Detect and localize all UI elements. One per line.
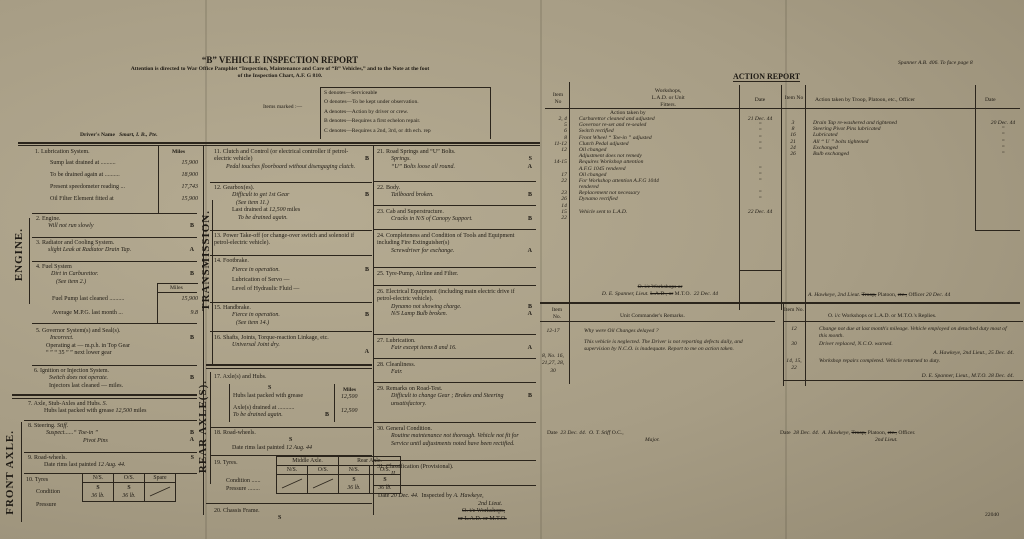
right-item-remark: N/S Lamp Bulb broken.A — [377, 311, 532, 318]
item-clutch: 11. Clutch and Control (or electrical co… — [214, 149, 371, 171]
troop-date-header: Date — [985, 97, 996, 104]
axle-hubs-mark: S. — [103, 401, 108, 407]
reply-row: A. Hawkeye, 2nd Lieut., 25 Dec. 44. — [783, 350, 1023, 357]
commander-rank: Major. — [547, 437, 660, 444]
reply-row-item: 12 — [783, 326, 805, 340]
tyres-col-header: Spare — [145, 474, 176, 483]
right-item-remark: II. — [377, 471, 532, 478]
driver-label: Driver's Name — [80, 132, 115, 138]
workshop-row-date — [740, 215, 780, 221]
lubrication-row-value: 18,900 — [168, 172, 198, 180]
item-governor: 5. Governor System(s) and Seal(s). Incor… — [36, 328, 196, 358]
divider — [373, 485, 536, 486]
gearbox-mark: B — [365, 192, 369, 199]
handbrake-mark: B — [365, 312, 369, 319]
item-axles-hubs: 17. Axle(s) and Hubs. — [214, 374, 371, 381]
legend-item: B denotes—Requires a first echelon repai… — [324, 118, 431, 125]
tyres-cell — [308, 475, 339, 494]
item-handbrake: 15. Handbrake. Fierce in operation. (See… — [214, 305, 371, 327]
workshop-signature: O. i/c Workshops or D. E. Spanner, Lieut… — [580, 284, 740, 298]
struck-workshops: O. i/c Workshops, — [378, 508, 538, 516]
commander-item-header: Item No. — [548, 307, 566, 321]
driver-name-label: Driver's Name Smart, I. B., Pte. — [80, 132, 158, 139]
tyres-col-header: O/S. — [114, 474, 145, 483]
replies-date-label: Date — [780, 430, 791, 436]
gearbox-value: 12,500 — [269, 207, 286, 213]
item-steering: 8. Steering. Stiff. Suspect......“ Toe-i… — [28, 423, 196, 445]
commander-signature: Date 23 Dec. 44. O. T. Stiff O.C., Major… — [547, 430, 660, 444]
commander-row: 8, No. 16, 21,27, 28, 30This vehicle is … — [540, 339, 775, 375]
replies-struck-2: etc., — [888, 430, 897, 436]
lubrication-heading: 1. Lubrication System. — [35, 149, 195, 156]
tyre-condition: S — [341, 476, 367, 484]
reply-row: D. E. Spanner, Lieut., M.T.O. 28 Dec. 44… — [783, 373, 1023, 380]
workshop-row: 22 — [540, 215, 780, 221]
tyres-cell — [277, 475, 308, 494]
remark-mark: A — [522, 345, 532, 352]
steering-remark: Stiff. — [57, 423, 68, 429]
lubrication-row-label: Oil Filter Element fitted at — [50, 196, 114, 204]
fuel-heading: 4. Fuel System — [36, 264, 196, 271]
footbrake-mark: B — [365, 267, 369, 274]
engine-heading: 2. Engine. — [36, 216, 196, 223]
troop-row-action: Bulb exchanged — [805, 151, 983, 157]
divider — [373, 382, 536, 383]
axles-hubs-value-1: 12,500 — [341, 394, 358, 402]
troop-action-header: Action taken by Troop, Platoon, etc., Of… — [815, 97, 915, 104]
lubrication-row-value: 15,900 — [168, 160, 198, 168]
workshop-struck-2: L.A.D., or — [650, 291, 673, 297]
right-item-remark: Screwdriver for exchange.A — [377, 248, 532, 255]
ignition-mark: B — [190, 375, 194, 382]
reply-row-text: Workshop repairs completed. Vehicle retu… — [805, 358, 1014, 372]
right-item-remark: Routine maintenance not thorough. Vehicl… — [377, 433, 532, 448]
tyres-table: N/S.O/S.SpareS36 lb.S36 lb. — [82, 473, 176, 502]
lubrication-section: 1. Lubrication System. — [35, 149, 195, 156]
form-number: 22040 — [985, 512, 999, 519]
divider — [373, 422, 536, 423]
road-wheels-value: 12 Aug. 44. — [98, 462, 126, 468]
axles-hubs-heading: 17. Axle(s) and Hubs. — [214, 374, 371, 381]
replies-signer: A. Hawkeye, — [822, 430, 850, 436]
reply-rows: 12Change not due at last month's mileage… — [783, 326, 1023, 381]
troop-item-header: Item No — [784, 95, 804, 102]
remark-text: Difficult to change Gear ; Brakes and St… — [391, 393, 522, 408]
lubrication-row: Present speedometer reading ...17,743 — [50, 184, 198, 192]
radiator-mark: A — [190, 247, 194, 254]
inspection-date-label: Date — [378, 493, 389, 499]
remark-mark: A — [522, 164, 532, 171]
right-item-heading: 31. Classification (Provisional). — [377, 464, 532, 471]
right-item: 31. Classification (Provisional).II. — [377, 464, 532, 479]
road-wheels-line: Date rims last painted — [44, 462, 97, 468]
chassis-mark: S — [214, 515, 371, 522]
commander-row-item: 12-17 — [540, 328, 566, 335]
reply-row-text: Change not due at last month's mileage. … — [805, 326, 1014, 340]
axles-hubs-grease-line: Hubs last packed with grease — [233, 393, 303, 401]
shafts-remark: Universal Joint dry. — [214, 342, 371, 349]
axles-hubs-remark: To be drained again. — [233, 412, 283, 420]
struck-lad-mto: or L.A.D. or M.T.O. — [378, 516, 538, 524]
remark-text: Routine maintenance not thorough. Vehicl… — [391, 433, 522, 448]
lubrication-rows: Sump last drained at ..........15,900To … — [50, 160, 198, 208]
workshop-signer: D. E. Spanner, Lieut. — [602, 291, 649, 297]
reply-row-item — [783, 373, 805, 380]
right-item: 27. Lubrication.Fair except items 8 and … — [377, 338, 532, 353]
tyre-pressure: 36 lb. — [341, 484, 367, 492]
right-item-remark: Fair except items 8 and 16.A — [377, 345, 532, 352]
reply-row-item: 14, 15, 22 — [783, 358, 805, 372]
right-item-remark: Difficult to change Gear ; Brakes and St… — [377, 393, 532, 408]
item-pto: 13. Power Take-off (or change-over switc… — [214, 233, 369, 248]
fuel-row-label: Average M.P.G. last month ... — [52, 310, 123, 318]
fuel-row: Average M.P.G. last month ...9.8 — [52, 310, 198, 318]
replies-tail: Officer. — [898, 430, 915, 436]
right-item: 22. Body.Tailboard broken.B — [377, 185, 532, 200]
items-marked-label: Items marked :— — [263, 104, 302, 111]
item-engine: 2. Engine. Will not run slowly B — [36, 216, 196, 231]
replies-struck: Troop, — [851, 430, 866, 436]
right-item-heading: 27. Lubrication. — [377, 338, 532, 345]
axle-hubs-heading: 7. Axle, Stub-Axles and Hubs. — [28, 401, 101, 407]
axle-hubs-unit: miles — [133, 408, 146, 414]
steering-heading: 8. Steering. — [28, 423, 56, 429]
lubrication-row: Oil Filter Element fitted at15,900 — [50, 196, 198, 204]
axle-hubs-line: Hubs last packed with grease — [44, 408, 114, 414]
tyre-condition: S — [116, 484, 142, 492]
reply-row-text: D. E. Spanner, Lieut., M.T.O. 28 Dec. 44… — [805, 373, 1014, 380]
attention-text-2: of the Inspection Chart, A.F. G 810. — [160, 73, 400, 80]
divider — [373, 460, 536, 461]
remark-mark — [522, 369, 532, 376]
remark-text: N/S Lamp Bulb broken. — [391, 311, 522, 318]
commander-row-text: Why were Oil Changes delayed ? — [566, 328, 764, 335]
item-shafts: 16. Shafts, Joints, Torque-reaction Link… — [214, 335, 371, 350]
remark-mark — [522, 433, 532, 448]
right-item: 24. Completeness and Condition of Tools … — [377, 233, 532, 255]
remark-mark: A — [522, 248, 532, 255]
commander-row: 12-17Why were Oil Changes delayed ? — [540, 328, 775, 335]
road-wheels-rear-value: 12 Aug. 44 — [286, 445, 312, 451]
remark-text: II. — [391, 471, 522, 478]
lubrication-row-value: 17,743 — [168, 184, 198, 192]
tyre-pressure: 36 lb. — [85, 492, 111, 500]
clutch-remark: Pedal touches floorboard without disenga… — [214, 164, 371, 171]
gearbox-unit: miles — [287, 207, 300, 213]
engine-mark: B — [190, 223, 194, 230]
gearbox-remark-2: (See item 11.) — [214, 200, 371, 207]
troop-mid: Platoon, — [878, 292, 897, 298]
right-item-remark: Cracks in N/S of Canopy Support.B — [377, 216, 532, 223]
axles-hubs-mark-2: B — [325, 412, 329, 420]
item-road-wheels-rear: 18. Road-wheels. S Date rims last painte… — [214, 430, 371, 452]
front-tyres-grid: N/S.O/S.SpareS36 lb.S36 lb. — [82, 473, 176, 502]
fuel-row: Fuel Pump last cleaned ..........15,900 — [52, 296, 198, 304]
lubrication-row: Sump last drained at ..........15,900 — [50, 160, 198, 168]
troop-struck-2: etc., — [898, 292, 907, 298]
remark-mark: B — [522, 393, 532, 408]
fuel-row-value: 15,900 — [166, 296, 198, 304]
reply-row-text: A. Hawkeye, 2nd Lieut., 25 Dec. 44. — [805, 350, 1014, 357]
troop-struck: Troop, — [862, 292, 877, 298]
road-wheels-rear-heading: 18. Road-wheels. — [214, 430, 371, 437]
right-item-remark: Dynamo not showing charge.B — [377, 304, 532, 311]
tyres-col-header: N/S. — [339, 466, 370, 475]
fuel-row-label: Fuel Pump last cleaned .......... — [52, 296, 124, 304]
clutch-heading: 11. Clutch and Control (or electrical co… — [214, 149, 371, 164]
workshop-item-header: Item No — [549, 92, 567, 106]
reply-row-item: 30 — [783, 341, 805, 348]
ignition-heading: 6. Ignition or Injection System. — [34, 368, 196, 375]
inspector-name: A. Hawkeye, — [454, 493, 484, 499]
fuel-mark: B — [190, 271, 194, 278]
handbrake-remark-2: (See item 14.) — [214, 320, 371, 327]
item-gearbox: 12. Gearbox(es). Difficult to get 1st Ge… — [214, 185, 371, 222]
legend-item: S denotes—Serviceable — [324, 90, 431, 97]
remark-mark: B — [522, 216, 532, 223]
replies-rank: 2nd Lieut. — [780, 437, 915, 444]
right-item-heading: 24. Completeness and Condition of Tools … — [377, 233, 532, 248]
blank-slash — [148, 484, 172, 498]
fuel-rows: Fuel Pump last cleaned ..........15,900A… — [52, 296, 198, 323]
lubrication-row: To be drained again at ..........18,900 — [50, 172, 198, 180]
replies-item-header: Item No. — [784, 307, 804, 314]
ignition-remark: Switch does not operate. — [34, 375, 196, 382]
clutch-mark: B — [365, 156, 369, 163]
remark-text: Screwdriver for exchange. — [391, 248, 522, 255]
right-item: 23. Cab and Superstructure.Cracks in N/S… — [377, 209, 532, 224]
item-axle-hubs: 7. Axle, Stub-Axles and Hubs. S. Hubs la… — [28, 401, 198, 416]
tyres-col-header: O/S. — [308, 466, 339, 475]
remark-mark: A — [522, 311, 532, 318]
road-wheels-mark: S — [191, 455, 194, 462]
workshop-date-header: Date — [745, 97, 775, 104]
shafts-heading: 16. Shafts, Joints, Torque-reaction Link… — [214, 335, 371, 342]
workshop-tail: M.T.O. — [675, 291, 691, 297]
commander-role: O.C., — [612, 430, 624, 436]
remark-text: Cracks in N/S of Canopy Support. — [391, 216, 522, 223]
lubrication-row-label: Present speedometer reading ... — [50, 184, 125, 192]
right-item: 29. Remarks on Road-Test.Difficult to ch… — [377, 386, 532, 408]
reply-row-item — [783, 350, 805, 357]
paper-fold — [540, 0, 542, 539]
right-item-heading: 26. Electrical Equipment (including main… — [377, 289, 532, 304]
divider — [373, 267, 536, 268]
axles-hubs-mark: S — [268, 385, 271, 393]
right-item: 21. Road Springs and “U” Bolts.Springs.S… — [377, 149, 532, 171]
item-radiator: 3. Radiator and Cooling System. slight L… — [36, 240, 196, 255]
item-chassis: 20. Chassis Frame. S — [214, 508, 371, 523]
remark-text: Tailboard broken. — [391, 192, 522, 199]
action-report-title: ACTION REPORT — [733, 72, 800, 82]
reply-row: 12Change not due at last month's mileage… — [783, 326, 1023, 340]
lubrication-row-label: To be drained again at .......... — [50, 172, 120, 180]
lubrication-row-value: 15,900 — [168, 196, 198, 204]
remark-text: Springs. — [391, 156, 522, 163]
divider — [373, 229, 536, 230]
legend-item: O denotes—To be kept under observation. — [324, 99, 431, 106]
steering-pivot-pins: Pivot Pins — [28, 438, 196, 445]
commander-date: 23 Dec. 44. — [560, 430, 586, 436]
engine-remark: Will not run slowly — [36, 223, 196, 230]
right-item-remark: Fair. — [377, 369, 532, 376]
remark-mark — [522, 471, 532, 478]
front-axle-label: FRONT AXLE. — [4, 430, 16, 515]
miles-label: Miles — [172, 149, 185, 156]
remark-text: “U” Bolts loose all round. — [391, 164, 522, 171]
divider — [373, 358, 536, 359]
transmission-label: TRANSMISSION. — [200, 210, 212, 311]
replies-date: 28 Dec. 44. — [793, 430, 819, 436]
axles-hubs-value-2: 12,500 — [341, 408, 358, 416]
replies-header: O. i/c Workshops or L.A.D. or M.T.O.'s R… — [828, 313, 936, 320]
radiator-remark: slight Leak at Radiator Drain Tap. — [36, 247, 196, 254]
right-item-remark: Springs.S — [377, 156, 532, 163]
troop-row-date: ” — [983, 151, 1023, 157]
gearbox-line: Last drained at — [232, 207, 268, 213]
lubrication-row-label: Sump last drained at .......... — [50, 160, 116, 168]
divider — [373, 181, 536, 182]
remark-mark: B — [522, 192, 532, 199]
reply-row: 30Driver replaced, N.C.O. warned. — [783, 341, 1023, 348]
footbrake-servo: Lubrication of Servo — — [214, 277, 371, 284]
workshop-rows: 2, 4Carburettor cleaned and adjusted21 D… — [540, 116, 780, 221]
right-item-remark: Tailboard broken.B — [377, 192, 532, 199]
troop-signature: A. Hawkeye, 2nd Lieut. Troop, Platoon, e… — [808, 292, 950, 299]
workshop-row-item: 22 — [540, 215, 579, 221]
reply-row-text: Driver replaced, N.C.O. warned. — [805, 341, 1014, 348]
tyres-cell — [145, 483, 176, 502]
chassis-heading: 20. Chassis Frame. — [214, 508, 371, 515]
remark-mark: S — [522, 156, 532, 163]
commander-signer: O. T. Stiff — [589, 430, 610, 436]
workshop-action-suffix: Workshops, L.A.D. or Unit Fitters. — [647, 88, 689, 110]
gearbox-remark-3: To be drained again. — [214, 215, 371, 222]
right-item: 25. Tyre-Pump, Airline and Filter. — [377, 271, 532, 278]
troop-sign-date: 20 Dec. 44 — [926, 292, 950, 298]
right-item: 30. General Condition.Routine maintenanc… — [377, 426, 532, 448]
tyres-cell: S36 lb. — [339, 475, 370, 494]
driver-name: Smart, I. B., Pte. — [119, 132, 158, 138]
troop-row-item: 26 — [781, 151, 805, 157]
workshop-action-header: Action taken by Workshops, L.A.D. or Uni… — [610, 88, 740, 110]
troop-rows: 3Drain Tap re-washered and tightened20 D… — [781, 120, 1024, 157]
workshop-row-action — [579, 215, 740, 221]
tyres-col-header: N/S. — [277, 466, 308, 475]
tyres-pressure-label: Pressure — [26, 502, 196, 509]
divider — [373, 205, 536, 206]
gearbox-remark: Difficult to get 1st Gear — [214, 192, 371, 199]
tyres-group-header: Middle Axle. — [277, 457, 339, 466]
ignition-injectors: Injectors last cleaned — miles. — [34, 383, 196, 390]
right-item-remark: “U” Bolts loose all round.A — [377, 164, 532, 171]
workshop-struck: O. i/c Workshops or — [580, 284, 740, 291]
footbrake-remark: Fierce in operation. — [214, 267, 371, 274]
troop-signer: A. Hawkeye, 2nd Lieut. — [808, 292, 860, 298]
remark-text: Fair except items 8 and 16. — [391, 345, 522, 352]
divider — [373, 285, 536, 286]
remark-text: Fair. — [391, 369, 522, 376]
tyre-pressure: 36 lb. — [116, 492, 142, 500]
pto-heading: 13. Power Take-off (or change-over switc… — [214, 233, 369, 248]
commander-date-label: Date — [547, 430, 558, 436]
right-item-heading: 21. Road Springs and “U” Bolts. — [377, 149, 532, 156]
tyres-cell: S36 lb. — [83, 483, 114, 502]
item-road-wheels: 9. Road-wheels. Date rims last painted 1… — [28, 455, 196, 470]
footbrake-heading: 14. Footbrake. — [214, 258, 371, 265]
form-reference: Spanner A.B. 406. To face page 8 — [898, 60, 973, 67]
engine-label: ENGINE. — [13, 228, 25, 281]
handbrake-heading: 15. Handbrake. — [214, 305, 371, 312]
right-item-heading: 28. Cleanliness. — [377, 362, 532, 369]
road-wheels-rear-mark: S — [214, 437, 371, 444]
governor-lower-gear: “ ” “ 35 ” ” next lower gear — [36, 350, 196, 357]
inspector-rank: 2nd Lieut. — [378, 501, 538, 509]
commander-row-item: 8, No. 16, 21,27, 28, 30 — [540, 339, 566, 375]
reply-row: 14, 15, 22Workshop repairs completed. Ve… — [783, 358, 1023, 372]
form-title: “B” VEHICLE INSPECTION REPORT — [180, 55, 380, 65]
troop-row: 26Bulb exchanged” — [781, 151, 1024, 157]
axle-hubs-value: 12,500 — [115, 408, 132, 414]
commander-rows: 12-17Why were Oil Changes delayed ?8, No… — [540, 328, 775, 379]
right-item: 28. Cleanliness.Fair. — [377, 362, 532, 377]
remark-mark: B — [522, 304, 532, 311]
divider — [373, 334, 536, 335]
blank-slash — [311, 476, 335, 490]
item-ignition: 6. Ignition or Injection System. Switch … — [34, 368, 196, 390]
governor-heading: 5. Governor System(s) and Seal(s). — [36, 328, 196, 335]
commander-remarks-header: Unit Commander's Remarks. — [620, 313, 685, 320]
inspected-by-label: Inspected by — [422, 493, 453, 499]
steering-toe-in: Suspect......“ Toe-in ” — [28, 430, 196, 437]
commander-row-text: This vehicle is neglected. The Driver is… — [566, 339, 764, 375]
replies-signature: Date 28 Dec. 44. A. Hawkeye, Troop, Plat… — [780, 430, 915, 444]
item-footbrake: 14. Footbrake. Fierce in operation. Lubr… — [214, 258, 371, 294]
inspection-date: 20 Dec. 44. — [391, 493, 419, 499]
right-item: 26. Electrical Equipment (including main… — [377, 289, 532, 319]
fuel-remark: Dirt in Carburettor. — [36, 271, 196, 278]
legend-item: C denotes—Requires a 2nd, 3rd, or 4th ec… — [324, 128, 431, 135]
replies-mid: Platoon, — [868, 430, 887, 436]
legend: S denotes—ServiceableO denotes—To be kep… — [324, 90, 431, 137]
footbrake-fluid: Level of Hydraulic Fluid — — [214, 286, 371, 293]
shafts-mark: A — [365, 349, 369, 356]
tyre-condition: S — [85, 484, 111, 492]
blank-slash — [280, 476, 304, 490]
legend-item: A denotes—Action by driver or crew. — [324, 109, 431, 116]
governor-mark: B — [190, 335, 194, 342]
right-item-heading: 22. Body. — [377, 185, 532, 192]
steering-mark-2: A — [190, 437, 194, 444]
road-wheels-rear-line: Date rims last painted — [232, 445, 285, 451]
handbrake-remark: Fierce in operation. — [214, 312, 371, 319]
inspection-footer: Date 20 Dec. 44. Inspected by A. Hawkeye… — [378, 493, 538, 523]
radiator-heading: 3. Radiator and Cooling System. — [36, 240, 196, 247]
tyres-cell: S36 lb. — [114, 483, 145, 502]
troop-tail: Officer — [908, 292, 924, 298]
fuel-row-value: 9.8 — [166, 310, 198, 318]
tyres-col-header: N/S. — [83, 474, 114, 483]
workshop-sign-date: 22 Dec. 44 — [694, 291, 718, 297]
governor-remark: Incorrect. — [36, 335, 196, 342]
rear-axles-label: REAR AXLE(S). — [197, 380, 209, 473]
remark-text: Dynamo not showing charge. — [391, 304, 522, 311]
right-item-heading: 25. Tyre-Pump, Airline and Filter. — [377, 271, 532, 278]
